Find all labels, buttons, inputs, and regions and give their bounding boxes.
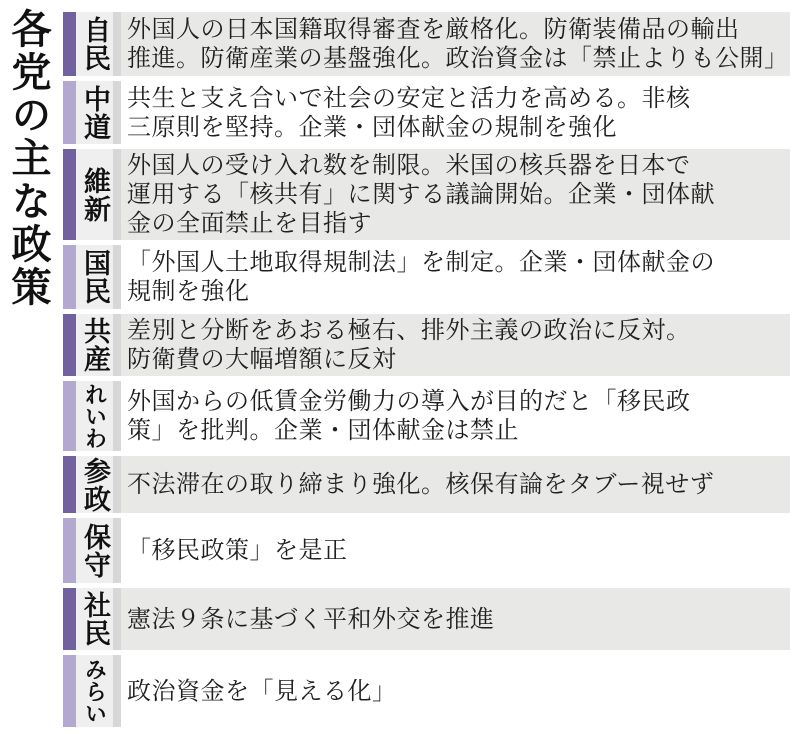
party-name: 国民 [76,245,113,309]
infographic-canvas: 各党の主な政策 自民 外国人の日本国籍取得審査を厳格化。防衛装備品の輸出 推進。… [0,0,800,739]
policy-text: 憲法９条に基づく平和外交を推進 [113,588,790,650]
party-row: 自民 外国人の日本国籍取得審査を厳格化。防衛装備品の輸出 推進。防衛産業の基盤強… [63,12,790,76]
policy-text: 外国からの低賃金労働力の導入が目的だと「移民政 策」を批判。企業・団体献金は禁止 [113,381,790,451]
party-row: 参政 不法滞在の取り締まり強化。核保有論をタブー視せず [63,456,790,513]
party-accent-bar [63,381,76,451]
policy-text: 外国人の日本国籍取得審査を厳格化。防衛装備品の輸出 推進。防衛産業の基盤強化。政… [113,12,790,76]
party-name: 維新 [76,149,113,240]
party-accent-bar [63,314,76,376]
party-accent-bar [63,588,76,650]
party-name: 参政 [76,456,113,513]
party-name: れいわ [76,381,113,451]
party-row: 中道 共生と支え合いで社会の安定と活力を高める。非核 三原則を堅持。企業・団体献… [63,81,790,144]
party-row: れいわ 外国からの低賃金労働力の導入が目的だと「移民政 策」を批判。企業・団体献… [63,381,790,451]
party-accent-bar [63,81,76,144]
party-accent-bar [63,518,76,583]
party-row: みらい 政治資金を「見える化」 [63,655,790,727]
party-policy-table: 自民 外国人の日本国籍取得審査を厳格化。防衛装備品の輸出 推進。防衛産業の基盤強… [63,12,790,727]
party-name: 社民 [76,588,113,650]
party-name: 中道 [76,81,113,144]
party-row: 社民 憲法９条に基づく平和外交を推進 [63,588,790,650]
policy-text: 政治資金を「見える化」 [113,655,790,727]
party-accent-bar [63,655,76,727]
policy-text: 「外国人土地取得規制法」を制定。企業・団体献金の 規制を強化 [113,245,790,309]
party-row: 国民 「外国人土地取得規制法」を制定。企業・団体献金の 規制を強化 [63,245,790,309]
policy-text: 外国人の受け入れ数を制限。米国の核兵器を日本で 運用する「核共有」に関する議論開… [113,149,790,240]
policy-text: 差別と分断をあおる極右、排外主義の政治に反対。 防衛費の大幅増額に反対 [113,314,790,376]
policy-text: 共生と支え合いで社会の安定と活力を高める。非核 三原則を堅持。企業・団体献金の規… [113,81,790,144]
policy-text: 「移民政策」を是正 [113,518,790,583]
party-row: 共産 差別と分断をあおる極右、排外主義の政治に反対。 防衛費の大幅増額に反対 [63,314,790,376]
party-name: 共産 [76,314,113,376]
page-title: 各党の主な政策 [4,8,52,338]
party-row: 維新 外国人の受け入れ数を制限。米国の核兵器を日本で 運用する「核共有」に関する… [63,149,790,240]
party-accent-bar [63,149,76,240]
party-accent-bar [63,12,76,76]
party-name: みらい [76,655,113,727]
party-accent-bar [63,245,76,309]
party-accent-bar [63,456,76,513]
party-name: 保守 [76,518,113,583]
party-name: 自民 [76,12,113,76]
party-row: 保守 「移民政策」を是正 [63,518,790,583]
policy-text: 不法滞在の取り締まり強化。核保有論をタブー視せず [113,456,790,513]
